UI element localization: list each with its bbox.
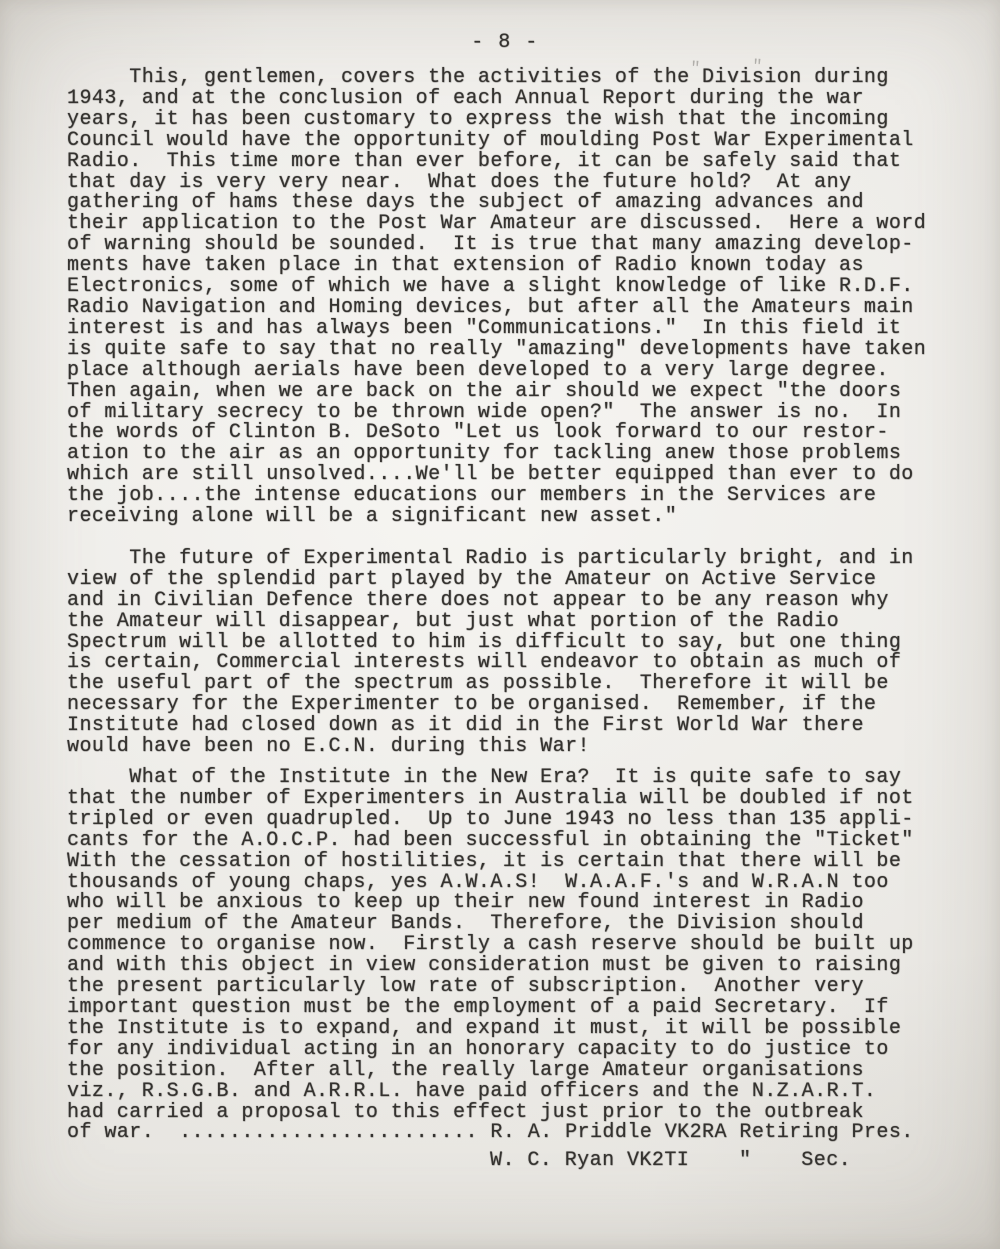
document-body: This, gentlemen, covers the activities o… xyxy=(67,68,967,1172)
paragraph-division-activities: This, gentlemen, covers the activities o… xyxy=(67,68,967,528)
paragraph-institute-new-era-and-signature: What of the Institute in the New Era? It… xyxy=(67,768,967,1144)
scanned-document-page: - 8 - " " This, gentlemen, covers the ac… xyxy=(0,0,1000,1249)
page-number: - 8 - xyxy=(10,33,1000,54)
signature-line-secretary: W. C. Ryan VK2TI " Sec. xyxy=(67,1151,967,1172)
paragraph-future-of-experimental-radio: The future of Experimental Radio is part… xyxy=(67,549,967,758)
